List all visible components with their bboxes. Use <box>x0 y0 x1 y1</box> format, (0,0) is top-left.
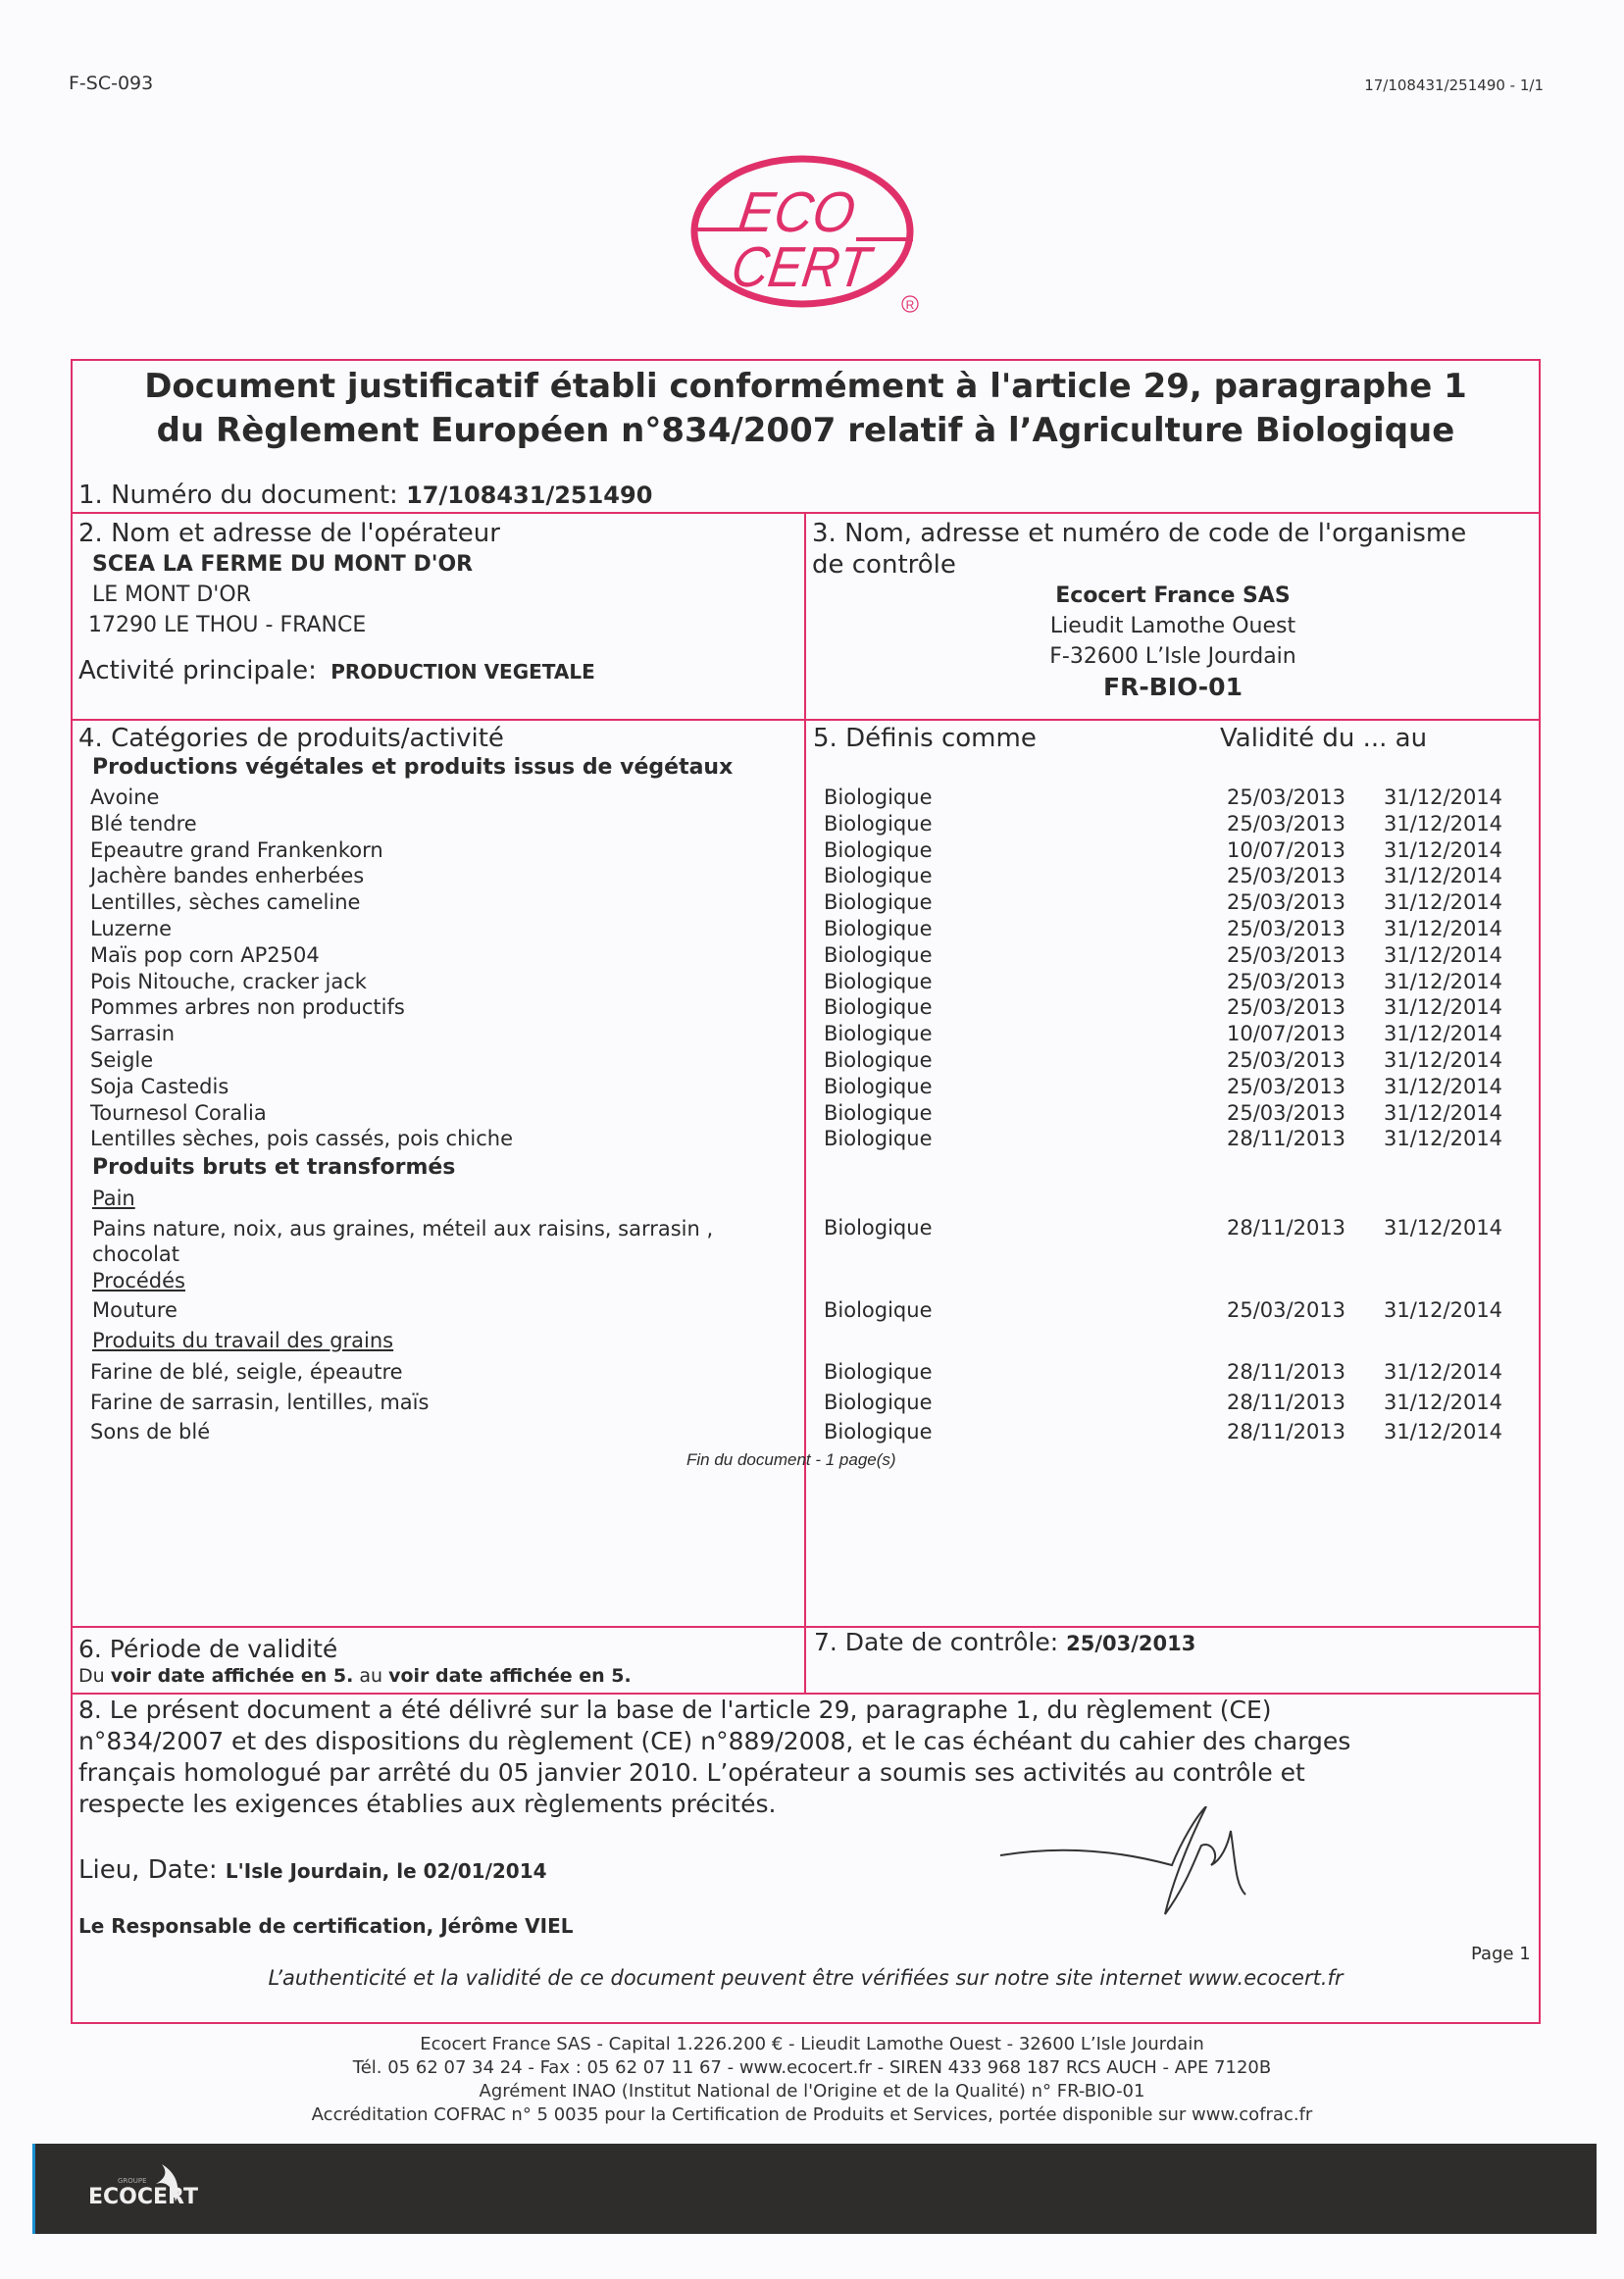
ecocert-logo-icon: ECO CERT R <box>689 153 925 320</box>
footer-line-1: Ecocert France SAS - Capital 1.226.200 €… <box>0 2033 1624 2056</box>
control-body-code: FR-BIO-01 <box>812 672 1534 703</box>
operator-name: SCEA LA FERME DU MONT D'OR <box>92 549 794 580</box>
product-row-name: Sarrasin <box>90 1021 175 1046</box>
product-row-status: Biologique <box>824 785 933 810</box>
product-row-from: 25/03/2013 <box>1227 811 1345 836</box>
product-pain-line-2: chocolat <box>92 1241 713 1267</box>
product-grain-row-to: 31/12/2014 <box>1384 1390 1502 1415</box>
product-mouture-status: Biologique <box>824 1298 933 1322</box>
product-row-to: 31/12/2014 <box>1384 1047 1502 1073</box>
product-grain-row-from: 28/11/2013 <box>1227 1359 1345 1385</box>
place-date-label: Lieu, Date: <box>78 1855 218 1885</box>
product-grain-row-from: 28/11/2013 <box>1227 1390 1345 1415</box>
product-row-to: 31/12/2014 <box>1384 837 1502 863</box>
swallow-bird-icon <box>154 2162 193 2206</box>
svg-text:CERT: CERT <box>728 235 878 299</box>
operator-address-1: LE MONT D'OR <box>92 580 794 610</box>
document-number: 1. Numéro du document: 17/108431/251490 <box>78 481 652 510</box>
control-date-label: 7. Date de contrôle: <box>814 1628 1058 1656</box>
product-row-name: Blé tendre <box>90 811 197 836</box>
product-row-from: 25/03/2013 <box>1227 994 1345 1020</box>
control-body-label-1: 3. Nom, adresse et numéro de code de l'o… <box>812 518 1534 549</box>
product-row-to: 31/12/2014 <box>1384 916 1502 941</box>
product-row-status: Biologique <box>824 837 933 863</box>
product-grain-row-name: Sons de blé <box>90 1419 210 1444</box>
categories-label: 4. Catégories de produits/activité <box>78 723 504 754</box>
product-row-name: Lentilles sèches, pois cassés, pois chic… <box>90 1126 513 1151</box>
control-body-section: 3. Nom, adresse et numéro de code de l'o… <box>812 518 1534 703</box>
product-mouture-from: 25/03/2013 <box>1227 1298 1345 1322</box>
product-row-to: 31/12/2014 <box>1384 1126 1502 1151</box>
validity-label: Validité du ... au <box>1220 723 1427 754</box>
svg-text:R: R <box>906 298 915 312</box>
product-row-from: 10/07/2013 <box>1227 1021 1345 1046</box>
product-pain-to: 31/12/2014 <box>1384 1216 1502 1240</box>
product-row-name: Pommes arbres non productifs <box>90 994 405 1020</box>
product-row-from: 25/03/2013 <box>1227 969 1345 994</box>
product-pain-from: 28/11/2013 <box>1227 1216 1345 1240</box>
product-row-status: Biologique <box>824 942 933 968</box>
control-body-label-2: de contrôle <box>812 549 1534 581</box>
product-row-from: 25/03/2013 <box>1227 1100 1345 1126</box>
product-row-to: 31/12/2014 <box>1384 994 1502 1020</box>
column-divider <box>804 512 806 1693</box>
product-row-to: 31/12/2014 <box>1384 1074 1502 1099</box>
control-body-address-1: Lieudit Lamothe Ouest <box>812 611 1534 641</box>
group-raw-title: Produits bruts et transformés <box>92 1155 455 1180</box>
svg-text:ECO: ECO <box>735 180 859 244</box>
validity-period-range: Du voir date affichée en 5. au voir date… <box>78 1665 632 1687</box>
product-row-status: Biologique <box>824 863 933 888</box>
place-date: Lieu, Date: L'Isle Jourdain, le 02/01/20… <box>78 1855 547 1885</box>
product-grain-row-to: 31/12/2014 <box>1384 1359 1502 1385</box>
product-row-status: Biologique <box>824 1074 933 1099</box>
operator-section: 2. Nom et adresse de l'opérateur SCEA LA… <box>78 518 794 685</box>
control-date-value: 25/03/2013 <box>1066 1632 1195 1655</box>
product-pain-status: Biologique <box>824 1216 933 1240</box>
product-row-name: Jachère bandes enherbées <box>90 863 364 888</box>
product-grain-row-name: Farine de blé, seigle, épeautre <box>90 1359 403 1385</box>
control-body-name: Ecocert France SAS <box>812 581 1534 611</box>
document-title: Document justificatif établi conformémen… <box>71 365 1541 453</box>
subgroup-pain: Pain <box>92 1187 135 1210</box>
place-date-value: L'Isle Jourdain, le 02/01/2014 <box>226 1859 547 1883</box>
product-row-from: 28/11/2013 <box>1227 1126 1345 1151</box>
document-number-value: 17/108431/251490 <box>406 481 652 509</box>
page-number: Page 1 <box>1471 1944 1531 1964</box>
main-activity: Activité principale: PRODUCTION VEGETALE <box>78 656 794 685</box>
product-row-to: 31/12/2014 <box>1384 1021 1502 1046</box>
product-row-status: Biologique <box>824 1126 933 1151</box>
product-grain-row-to: 31/12/2014 <box>1384 1419 1502 1444</box>
signatory: Le Responsable de certification, Jérôme … <box>78 1914 574 1938</box>
product-grain-row-status: Biologique <box>824 1390 933 1415</box>
product-row-status: Biologique <box>824 969 933 994</box>
operator-address-2: 17290 LE THOU - FRANCE <box>88 610 794 640</box>
product-row-name: Soja Castedis <box>90 1074 228 1099</box>
legal-line-2: n°834/2007 et des dispositions du règlem… <box>78 1726 1350 1757</box>
defined-as-label: 5. Définis comme <box>813 723 1037 754</box>
product-row-to: 31/12/2014 <box>1384 785 1502 810</box>
validity-to: voir date affichée en 5. <box>388 1665 632 1687</box>
validity-period-label: 6. Période de validité <box>78 1634 632 1665</box>
validity-period: 6. Période de validité Du voir date affi… <box>78 1634 632 1687</box>
end-of-document-note: Fin du document - 1 page(s) <box>686 1450 896 1470</box>
legal-line-1: 8. Le présent document a été délivré sur… <box>78 1695 1350 1726</box>
signature-icon <box>1000 1806 1324 1924</box>
document-reference: 17/108431/251490 - 1/1 <box>1364 76 1544 94</box>
product-grain-row-name: Farine de sarrasin, lentilles, maïs <box>90 1390 429 1415</box>
product-row-status: Biologique <box>824 994 933 1020</box>
product-mouture: Mouture <box>92 1298 178 1322</box>
product-row-name: Avoine <box>90 785 159 810</box>
subgroup-grains: Produits du travail des grains <box>92 1329 393 1352</box>
product-row-to: 31/12/2014 <box>1384 811 1502 836</box>
main-activity-label: Activité principale: <box>78 656 317 685</box>
product-row-to: 31/12/2014 <box>1384 942 1502 968</box>
footer-line-3: Agrément INAO (Institut National de l'Or… <box>0 2080 1624 2103</box>
title-line-2: du Règlement Européen n°834/2007 relatif… <box>71 409 1541 453</box>
product-row-status: Biologique <box>824 1021 933 1046</box>
product-row-from: 25/03/2013 <box>1227 1074 1345 1099</box>
company-footer: Ecocert France SAS - Capital 1.226.200 €… <box>0 2033 1624 2127</box>
control-date: 7. Date de contrôle: 25/03/2013 <box>814 1628 1195 1656</box>
product-pain-line-1: Pains nature, noix, aus graines, méteil … <box>92 1216 713 1241</box>
product-row-status: Biologique <box>824 1047 933 1073</box>
legal-statement: 8. Le présent document a été délivré sur… <box>78 1695 1350 1820</box>
main-activity-value: PRODUCTION VEGETALE <box>330 660 595 684</box>
product-row-name: Tournesol Coralia <box>90 1100 267 1126</box>
product-row-from: 25/03/2013 <box>1227 785 1345 810</box>
product-row-from: 25/03/2013 <box>1227 942 1345 968</box>
product-grain-row-status: Biologique <box>824 1419 933 1444</box>
product-row-status: Biologique <box>824 811 933 836</box>
group-vegetal-title: Productions végétales et produits issus … <box>92 755 733 780</box>
title-line-1: Document justificatif établi conformémen… <box>71 365 1541 409</box>
product-row-to: 31/12/2014 <box>1384 863 1502 888</box>
product-row-from: 25/03/2013 <box>1227 889 1345 915</box>
footer-band <box>32 2144 1597 2234</box>
product-pain: Pains nature, noix, aus graines, méteil … <box>92 1216 713 1267</box>
product-row-to: 31/12/2014 <box>1384 1100 1502 1126</box>
validity-du: Du <box>78 1665 105 1687</box>
legal-line-3: français homologué par arrêté du 05 janv… <box>78 1757 1350 1789</box>
document-number-label: 1. Numéro du document: <box>78 481 398 510</box>
product-row-to: 31/12/2014 <box>1384 969 1502 994</box>
authenticity-note: L’authenticité et la validité de ce docu… <box>71 1966 1541 1990</box>
product-row-from: 25/03/2013 <box>1227 1047 1345 1073</box>
product-row-status: Biologique <box>824 1100 933 1126</box>
footer-line-2: Tél. 05 62 07 34 24 - Fax : 05 62 07 11 … <box>0 2056 1624 2080</box>
product-row-from: 25/03/2013 <box>1227 863 1345 888</box>
product-row-from: 25/03/2013 <box>1227 916 1345 941</box>
product-grain-row-status: Biologique <box>824 1359 933 1385</box>
product-row-status: Biologique <box>824 916 933 941</box>
validity-from: voir date affichée en 5. <box>111 1665 354 1687</box>
product-row-from: 10/07/2013 <box>1227 837 1345 863</box>
product-row-name: Pois Nitouche, cracker jack <box>90 969 367 994</box>
product-mouture-to: 31/12/2014 <box>1384 1298 1502 1322</box>
product-row-name: Luzerne <box>90 916 172 941</box>
product-row-name: Seigle <box>90 1047 153 1073</box>
control-body-address-2: F-32600 L’Isle Jourdain <box>812 641 1534 672</box>
product-row-name: Epeautre grand Frankenkorn <box>90 837 383 863</box>
product-row-name: Maïs pop corn AP2504 <box>90 942 320 968</box>
form-code: F-SC-093 <box>69 73 153 94</box>
subgroup-procedes: Procédés <box>92 1269 185 1292</box>
product-row-status: Biologique <box>824 889 933 915</box>
operator-label: 2. Nom et adresse de l'opérateur <box>78 518 794 549</box>
footer-line-4: Accréditation COFRAC n° 5 0035 pour la C… <box>0 2103 1624 2127</box>
product-grain-row-from: 28/11/2013 <box>1227 1419 1345 1444</box>
validity-au: au <box>359 1665 382 1687</box>
product-row-to: 31/12/2014 <box>1384 889 1502 915</box>
product-row-name: Lentilles, sèches cameline <box>90 889 360 915</box>
